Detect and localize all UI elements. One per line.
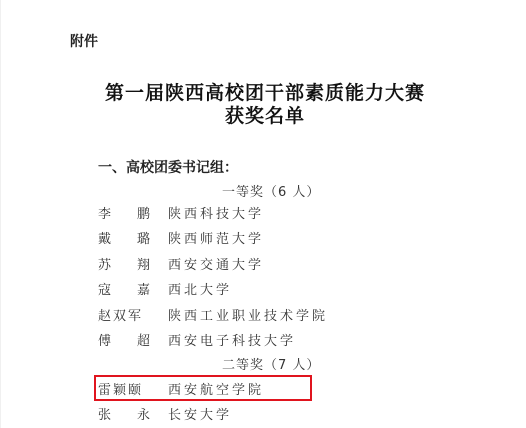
winner-name: 赵双军	[98, 305, 168, 324]
document-subtitle: 获奖名单	[0, 101, 526, 128]
attachment-label: 附件	[70, 31, 98, 51]
winner-school: 西安航空学院	[168, 379, 264, 398]
winner-name: 李 鹏	[98, 203, 150, 222]
winner-row: 寇 嘉 西北大学	[98, 277, 232, 299]
winner-name: 戴 璐	[98, 228, 150, 247]
winner-school: 陕西工业职业技术学院	[168, 305, 328, 324]
winner-row: 张 永 长安大学	[98, 402, 232, 424]
winner-row-highlighted: 雷颖颐 西安航空学院	[98, 377, 264, 399]
winner-name: 寇 嘉	[98, 279, 150, 298]
winner-row: 苏 翔 西安交通大学	[98, 252, 264, 274]
winner-school: 陕西师范大学	[168, 228, 264, 247]
winner-row: 李 鹏 陕西科技大学	[98, 201, 264, 223]
page-edge	[0, 0, 1, 428]
winner-school: 西安交通大学	[168, 254, 264, 273]
winner-school: 长安大学	[168, 404, 232, 423]
winner-name: 雷颖颐	[98, 379, 168, 398]
winner-row: 戴 璐 陕西师范大学	[98, 226, 264, 248]
section-heading: 一、高校团委书记组：	[98, 157, 238, 177]
winner-school: 西北大学	[168, 279, 232, 298]
winner-name: 张 永	[98, 404, 150, 423]
first-prize-heading: 一等奖（6 人）	[222, 181, 320, 200]
winner-school: 陕西科技大学	[168, 203, 264, 222]
winner-row: 赵双军 陕西工业职业技术学院	[98, 303, 328, 325]
second-prize-heading: 二等奖（7 人）	[222, 354, 320, 373]
winner-school: 西安电子科技大学	[168, 330, 296, 349]
winner-name: 傅 超	[98, 330, 150, 349]
winner-row: 傅 超 西安电子科技大学	[98, 328, 296, 350]
winner-name: 苏 翔	[98, 254, 150, 273]
